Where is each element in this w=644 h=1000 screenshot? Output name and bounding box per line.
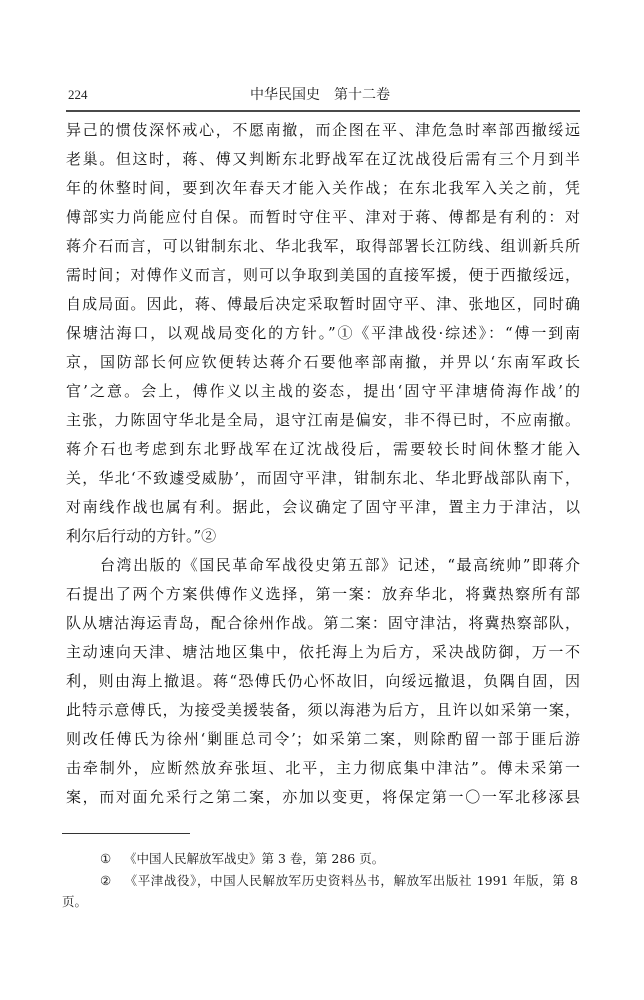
body-text-line: 利，则由海上撤退。蒋“恐傅氏仍心怀故旧，向绥远撤退，负隅自固，因 bbox=[66, 667, 580, 696]
footnote-marker: ② bbox=[100, 870, 124, 892]
body-text-line: 此特示意傅氏，为接受美援装备，须以海港为后方，且许以如采第一案， bbox=[66, 696, 580, 725]
body-text-line: 需时间；对傅作义而言，则可以争取到美国的直接军援，便于西撤绥远， bbox=[66, 261, 580, 290]
body-text-line: 官’之意。会上，傅作义以主战的姿态，提出‘固守平津塘倚海作战’的 bbox=[66, 377, 580, 406]
body-text-line: 台湾出版的《国民革命军战役史第五部》记述，“最高统帅”即蒋介 bbox=[66, 551, 580, 580]
footnote-text: 《平津战役》，中国人民解放军历史资料丛书，解放军出版社 1991 年版，第 8 bbox=[124, 873, 578, 888]
body-text-line: 京，国防部长何应钦便转达蒋介石要他率部南撤，并畀以‘东南军政长 bbox=[66, 348, 580, 377]
paragraph-2: 台湾出版的《国民革命军战役史第五部》记述，“最高统帅”即蒋介 石提出了两个方案供… bbox=[66, 551, 580, 812]
body-text-line: 关，华北‘不致遽受威胁’，而固守平津，钳制东北、华北野战部队南下， bbox=[66, 464, 580, 493]
body-text-line: 老巢。但这时，蒋、傅又判断东北野战军在辽沈战役后需有三个月到半 bbox=[66, 145, 580, 174]
page-number: 224 bbox=[68, 86, 88, 104]
body-text-line: 案，而对面允采行之第二案，亦加以变更，将保定第一〇一军北移涿县 bbox=[66, 783, 580, 812]
body-text-line: 傅部实力尚能应付自保。而暂时守住平、津对于蒋、傅都是有利的：对 bbox=[66, 203, 580, 232]
body-text-line: 石提出了两个方案供傅作义选择，第一案：放弃华北，将冀热察所有部 bbox=[66, 580, 580, 609]
body-text-line: 自成局面。因此，蒋、傅最后决定采取暂时固守平、津、张地区，同时确 bbox=[66, 290, 580, 319]
body-text: 异己的惯伎深怀戒心，不愿南撤，而企图在平、津危急时率部西撤绥远 老巢。但这时，蒋… bbox=[66, 116, 580, 812]
body-text-line: 保塘沽海口，以观战局变化的方针。”①《平津战役·综述》：“傅一到南 bbox=[66, 319, 580, 348]
body-text-line: 主动速向天津、塘沽地区集中，依托海上为后方，采决战防御，万一不 bbox=[66, 638, 580, 667]
footnote-text: 《中国人民解放军战史》第 3 卷，第 286 页。 bbox=[124, 851, 384, 866]
body-text-line: 利尔后行动的方针。”② bbox=[66, 522, 580, 551]
body-text-line: 蒋介石而言，可以钳制东北、华北我军，取得部署长江防线、组训新兵所 bbox=[66, 232, 580, 261]
body-text-line: 蒋介石也考虑到东北野战军在辽沈战役后，需要较长时间休整才能入 bbox=[66, 435, 580, 464]
body-text-line: 对南线作战也属有利。据此，会议确定了固守平津，置主力于津沽，以 bbox=[66, 493, 580, 522]
footnote-marker: ① bbox=[100, 848, 124, 870]
paragraph-1: 异己的惯伎深怀戒心，不愿南撤，而企图在平、津危急时率部西撤绥远 老巢。但这时，蒋… bbox=[66, 116, 580, 551]
body-text-line: 年的休整时间，要到次年春天才能入关作战；在东北我军入关之前，凭 bbox=[66, 174, 580, 203]
footnotes: ①《中国人民解放军战史》第 3 卷，第 286 页。 ②《平津战役》，中国人民解… bbox=[62, 848, 578, 913]
running-title: 中华民国史 第十二卷 bbox=[220, 86, 420, 104]
body-text-line: 击牵制外，应断然放弃张垣、北平，主力彻底集中津沽”。傅未采第一 bbox=[66, 754, 580, 783]
body-text-line: 则改任傅氏为徐州‘剿匪总司令’；如采第二案，则除酌留一部于匪后游 bbox=[66, 725, 580, 754]
body-text-line: 主张，力陈固守华北是全局，退守江南是偏安，非不得已时，不应南撤。 bbox=[66, 406, 580, 435]
footnote-rule bbox=[62, 833, 190, 834]
footnote-1: ①《中国人民解放军战史》第 3 卷，第 286 页。 bbox=[62, 848, 578, 870]
body-text-line: 队从塘沽海运青岛，配合徐州作战。第二案：固守津沽，将冀热察部队， bbox=[66, 609, 580, 638]
body-text-line: 异己的惯伎深怀戒心，不愿南撤，而企图在平、津危急时率部西撤绥远 bbox=[66, 116, 580, 145]
footnote-2: ②《平津战役》，中国人民解放军历史资料丛书，解放军出版社 1991 年版，第 8 bbox=[62, 870, 578, 892]
header-rule bbox=[66, 110, 580, 112]
footnote-2-continuation: 页。 bbox=[62, 891, 578, 913]
